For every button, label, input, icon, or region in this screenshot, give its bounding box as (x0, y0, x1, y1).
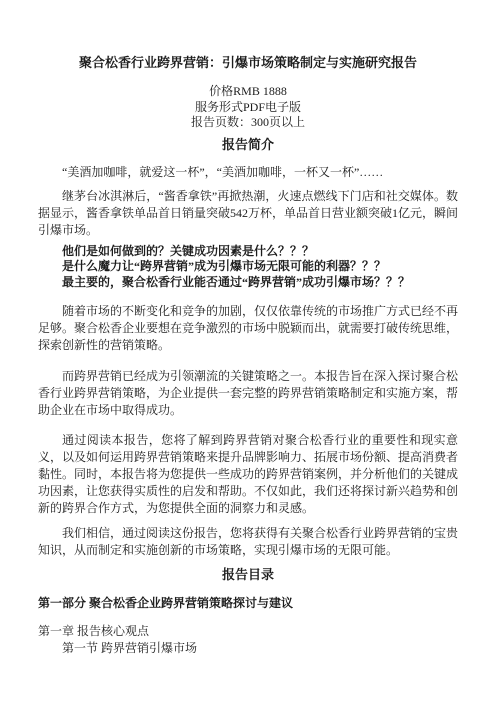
body-paragraph-4: 我们相信，通过阅读这份报告，您将获得有关聚合松香行业跨界营销的宝贵知识，从而制定… (38, 525, 458, 559)
toc-chapter-title: 第一章 报告核心观点 (38, 623, 458, 640)
body-paragraph-2: 而跨界营销已经成为引领潮流的关键策略之一。本报告旨在深入探讨聚合松香行业跨界营销… (38, 368, 458, 419)
question-line-1: 他们是如何做到的？关键成功因素是什么？？？ (62, 244, 458, 260)
case-paragraph: 继茅台冰淇淋后，“酱香拿铁”再掀热潮，火速点燃线下门店和社交媒体。数据显示，酱香… (38, 188, 458, 239)
key-questions: 他们是如何做到的？关键成功因素是什么？？？ 是什么魔力让“跨界营销”成为引爆市场… (38, 244, 458, 291)
intro-heading: 报告简介 (38, 137, 458, 153)
body-paragraph-1: 随着市场的不断变化和竞争的加剧，仅仅依靠传统的市场推广方式已经不再足够。聚合松香… (38, 303, 458, 354)
report-meta: 价格RMB 1888 服务形式PDF电子版 报告页数：300页以上 (38, 84, 458, 131)
toc-section-title: 第一节 跨界营销引爆市场 (62, 640, 458, 657)
question-line-3: 最主要的，聚合松香行业能否通过“跨界营销”成功引爆市场？？？ (62, 275, 458, 291)
price-line: 价格RMB 1888 (38, 84, 458, 100)
report-title: 聚合松香行业跨界营销：引爆市场策略制定与实施研究报告 (38, 55, 458, 71)
format-line: 服务形式PDF电子版 (38, 100, 458, 116)
toc-heading: 报告目录 (38, 567, 458, 583)
report-page: 聚合松香行业跨界营销：引爆市场策略制定与实施研究报告 价格RMB 1888 服务… (0, 0, 496, 701)
body-paragraph-3: 通过阅读本报告，您将了解到跨界营销对聚合松香行业的重要性和现实意义，以及如何运用… (38, 432, 458, 517)
toc-part-title: 第一部分 聚合松香企业跨界营销策略探讨与建议 (38, 595, 458, 612)
question-line-2: 是什么魔力让“跨界营销”成为引爆市场无限可能的利器？？？ (62, 259, 458, 275)
page-count-line: 报告页数：300页以上 (38, 115, 458, 131)
opening-quote: “美酒加咖啡，就爱这一杯”，“美酒加咖啡，一杯又一杯”…… (38, 164, 458, 181)
